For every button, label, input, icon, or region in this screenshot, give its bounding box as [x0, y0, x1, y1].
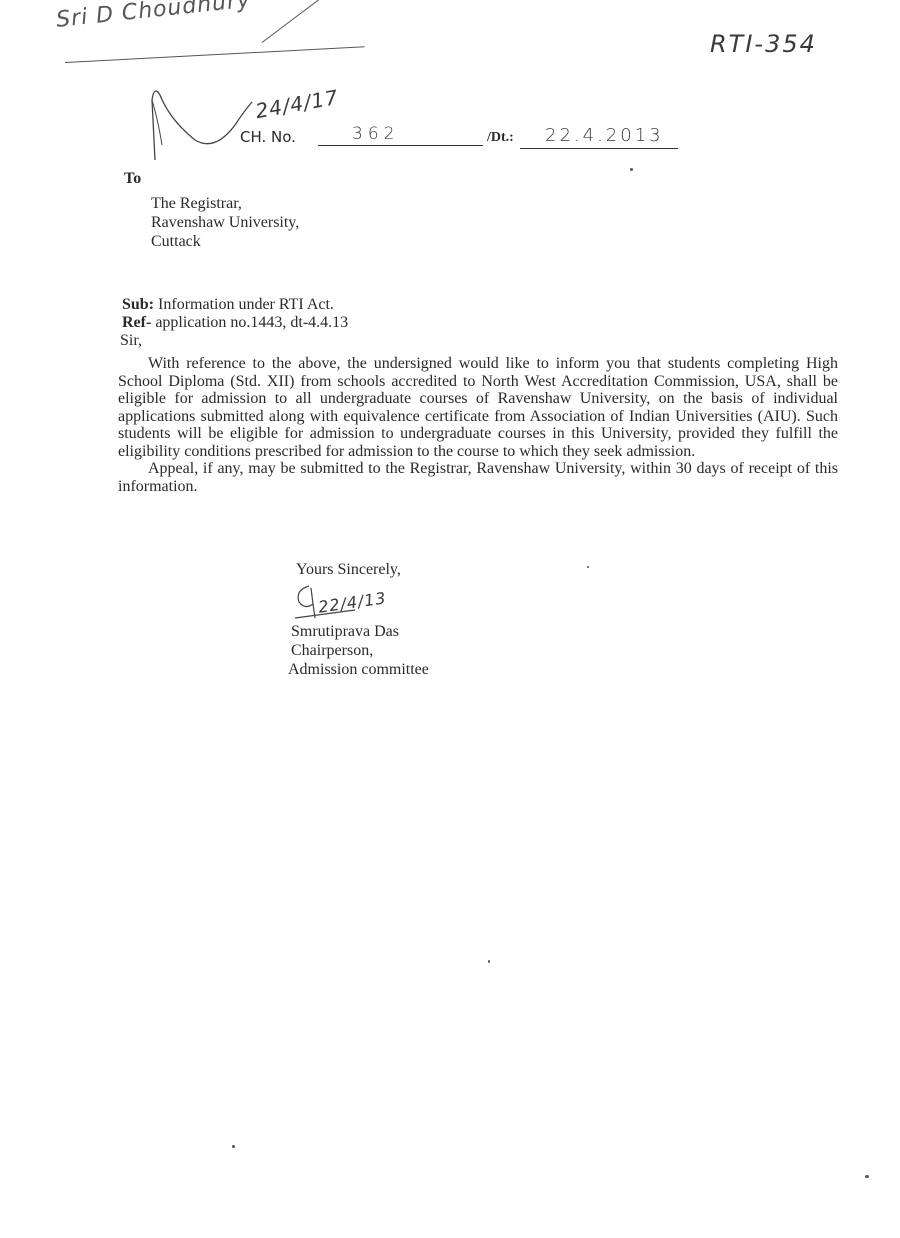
- rti-reference-number: RTI-354: [710, 30, 817, 58]
- reference-text: application no.1443, dt-4.4.13: [155, 314, 348, 331]
- date-value: 22.4.2013: [545, 125, 664, 146]
- subject-text: Information under RTI Act.: [158, 296, 334, 313]
- ch-no-value: 362: [352, 124, 399, 144]
- recipient-line: The Registrar,: [151, 194, 299, 213]
- signer-committee: Admission committee: [288, 660, 429, 679]
- date-label: /Dt.:: [487, 130, 514, 146]
- recipient-address: The Registrar, Ravenshaw University, Cut…: [151, 194, 299, 251]
- subject-line: Sub: Information under RTI Act.: [122, 296, 334, 314]
- signer-title: Chairperson,: [291, 641, 429, 660]
- handwritten-initials-icon: [140, 80, 260, 160]
- handwritten-received-date: 24/4/17: [254, 85, 341, 123]
- scan-speck: [865, 1175, 869, 1178]
- date-underline: [520, 148, 678, 149]
- ch-no-label: CH. No.: [240, 128, 296, 147]
- ch-no-label-text: CH. No.: [240, 128, 296, 146]
- forwarding-note-underline: [65, 46, 365, 63]
- scan-speck: [587, 566, 589, 568]
- subject-label: Sub:: [122, 296, 154, 313]
- forwarding-arrow-line: [262, 0, 358, 43]
- reference-line: Ref- application no.1443, dt-4.4.13: [122, 314, 348, 332]
- recipient-line: Cuttack: [151, 232, 299, 251]
- body-paragraph: With reference to the above, the undersi…: [118, 355, 838, 460]
- to-label: To: [124, 170, 141, 188]
- scan-speck: [630, 168, 633, 171]
- signer-block: Smrutiprava Das Chairperson, Admission c…: [291, 622, 429, 679]
- handwritten-forwarding-note: Sri D Choudhury: [55, 0, 252, 33]
- reference-label: Ref-: [122, 314, 151, 331]
- closing: Yours Sincerely,: [296, 561, 401, 579]
- ch-no-underline: [318, 145, 483, 146]
- greeting: Sir,: [120, 332, 142, 350]
- recipient-line: Ravenshaw University,: [151, 213, 299, 232]
- body-paragraph: Appeal, if any, may be submitted to the …: [118, 460, 838, 495]
- scan-speck: [232, 1145, 235, 1148]
- scan-speck: [488, 960, 490, 963]
- letter-body: With reference to the above, the undersi…: [118, 355, 838, 495]
- signer-name: Smrutiprava Das: [291, 622, 429, 641]
